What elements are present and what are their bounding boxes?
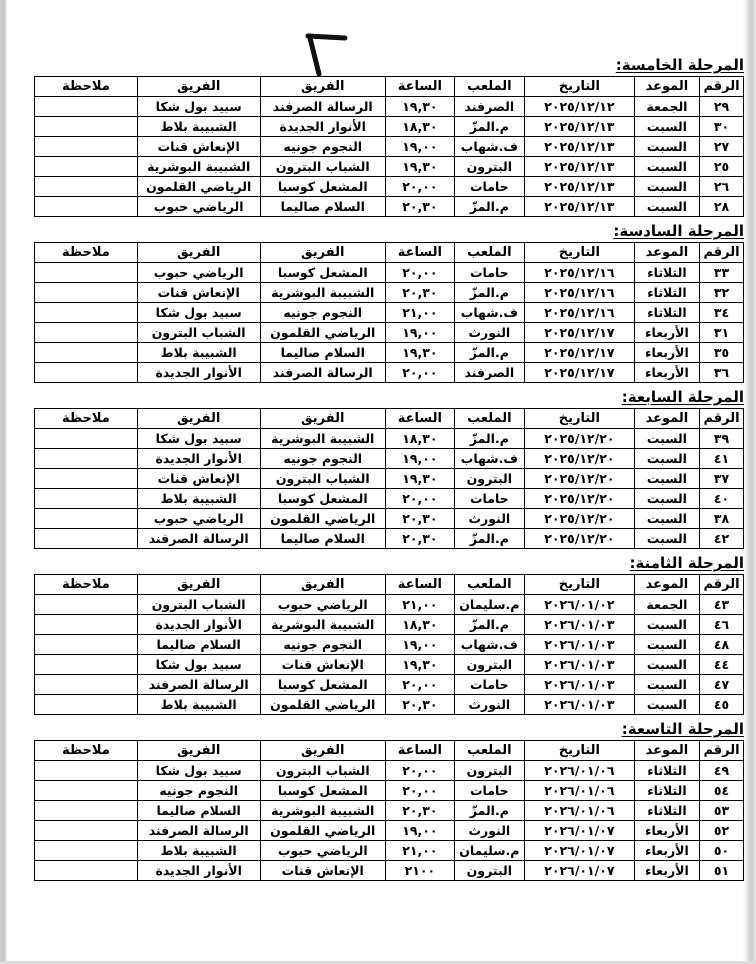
cell-time: ٢٠,٣٠ bbox=[385, 695, 454, 715]
column-header-team2: الفريق bbox=[137, 243, 260, 263]
cell-team-left: الرسالة الصرفند bbox=[137, 529, 260, 549]
cell-day: الثلاثاء bbox=[634, 263, 699, 283]
cell-match-number: ٣٣ bbox=[700, 263, 744, 283]
match-row: ٥٣الثلاثاء٢٠٢٦/٠١/٠٦م.المزّ٢٠,٣٠الشبيبة … bbox=[35, 801, 744, 821]
cell-team-right: النجوم جونيه bbox=[260, 635, 385, 655]
column-header-time: الساعة bbox=[385, 741, 454, 761]
match-row: ٣٧السبت٢٠٢٥/١٢/٢٠البترون١٩,٣٠الشباب البت… bbox=[35, 469, 744, 489]
cell-match-number: ٣٦ bbox=[700, 363, 744, 383]
cell-team-right: النجوم جونيه bbox=[260, 303, 385, 323]
cell-date: ٢٠٢٥/١٢/١٦ bbox=[524, 283, 634, 303]
cell-team-right: السلام صاليما bbox=[260, 529, 385, 549]
cell-team-left: الرياضي حبوب bbox=[137, 197, 260, 217]
match-row: ٤٥السبت٢٠٢٦/٠١/٠٣النورث٢٠,٣٠الرياضي القل… bbox=[35, 695, 744, 715]
cell-stadium: ف.شهاب bbox=[454, 137, 524, 157]
schedule-table: الرقمالموعدالتاريخالملعبالساعةالفريقالفر… bbox=[34, 408, 744, 549]
cell-match-number: ٣٥ bbox=[700, 343, 744, 363]
cell-day: السبت bbox=[634, 635, 699, 655]
cell-stadium: النورث bbox=[454, 695, 524, 715]
cell-time: ٢١,٠٠ bbox=[385, 595, 454, 615]
cell-note bbox=[35, 615, 138, 635]
cell-date: ٢٠٢٥/١٢/١٦ bbox=[524, 263, 634, 283]
cell-day: الثلاثاء bbox=[634, 283, 699, 303]
column-header-date: التاريخ bbox=[524, 741, 634, 761]
cell-team-right: الشبيبة البوشرية bbox=[260, 429, 385, 449]
match-row: ٤٩الثلاثاء٢٠٢٦/٠١/٠٦البترون٢٠,٠٠الشباب ا… bbox=[35, 761, 744, 781]
cell-date: ٢٠٢٦/٠١/٠٣ bbox=[524, 635, 634, 655]
cell-time: ٢٠,٠٠ bbox=[385, 675, 454, 695]
match-row: ٢٦السبت٢٠٢٥/١٢/١٣حامات٢٠,٠٠المشعل كوسباا… bbox=[35, 177, 744, 197]
cell-match-number: ٤٥ bbox=[700, 695, 744, 715]
cell-date: ٢٠٢٥/١٢/٢٠ bbox=[524, 529, 634, 549]
match-row: ٣٩السبت٢٠٢٥/١٢/٢٠م.المزّ١٨,٣٠الشبيبة الب… bbox=[35, 429, 744, 449]
cell-match-number: ٣٢ bbox=[700, 283, 744, 303]
cell-date: ٢٠٢٥/١٢/١٣ bbox=[524, 137, 634, 157]
schedule-table: الرقمالموعدالتاريخالملعبالساعةالفريقالفر… bbox=[34, 242, 744, 383]
cell-date: ٢٠٢٥/١٢/١٣ bbox=[524, 157, 634, 177]
cell-date: ٢٠٢٥/١٢/١٣ bbox=[524, 117, 634, 137]
cell-team-right: الرياضي حبوب bbox=[260, 595, 385, 615]
cell-time: ٢٠,٠٠ bbox=[385, 177, 454, 197]
cell-team-left: الإنعاش قنات bbox=[137, 469, 260, 489]
cell-stadium: حامات bbox=[454, 675, 524, 695]
column-header-team2: الفريق bbox=[137, 575, 260, 595]
cell-stadium: حامات bbox=[454, 177, 524, 197]
column-header-time: الساعة bbox=[385, 77, 454, 97]
cell-note bbox=[35, 675, 138, 695]
stage-title: المرحلة التاسعة: bbox=[34, 719, 744, 739]
column-header-note: ملاحظة bbox=[35, 741, 138, 761]
column-header-team1: الفريق bbox=[260, 409, 385, 429]
cell-day: الثلاثاء bbox=[634, 761, 699, 781]
column-header-venue: الملعب bbox=[454, 575, 524, 595]
cell-note bbox=[35, 655, 138, 675]
cell-team-left: سبيد بول شكا bbox=[137, 303, 260, 323]
cell-day: الثلاثاء bbox=[634, 781, 699, 801]
cell-team-right: الشباب البترون bbox=[260, 469, 385, 489]
cell-time: ١٨,٣٠ bbox=[385, 429, 454, 449]
cell-team-right: الرسالة الصرفند bbox=[260, 97, 385, 117]
cell-time: ٢٠,٠٠ bbox=[385, 761, 454, 781]
header-row: الرقمالموعدالتاريخالملعبالساعةالفريقالفر… bbox=[35, 409, 744, 429]
header-row: الرقمالموعدالتاريخالملعبالساعةالفريقالفر… bbox=[35, 77, 744, 97]
cell-day: السبت bbox=[634, 675, 699, 695]
cell-team-left: سبيد بول شكا bbox=[137, 761, 260, 781]
cell-team-left: الشبيبة بلاط bbox=[137, 489, 260, 509]
column-header-venue: الملعب bbox=[454, 741, 524, 761]
cell-time: ١٩,٣٠ bbox=[385, 97, 454, 117]
cell-note bbox=[35, 177, 138, 197]
column-header-team1: الفريق bbox=[260, 77, 385, 97]
cell-day: السبت bbox=[634, 137, 699, 157]
cell-team-left: الرياضي حبوب bbox=[137, 263, 260, 283]
cell-stadium: الصرفند bbox=[454, 97, 524, 117]
cell-stadium: النورث bbox=[454, 509, 524, 529]
cell-match-number: ٥١ bbox=[700, 861, 744, 881]
schedule-table: الرقمالموعدالتاريخالملعبالساعةالفريقالفر… bbox=[34, 76, 744, 217]
cell-team-right: المشعل كوسبا bbox=[260, 489, 385, 509]
cell-team-right: النجوم جونيه bbox=[260, 449, 385, 469]
cell-stadium: م.المزّ bbox=[454, 615, 524, 635]
cell-team-right: الرسالة الصرفند bbox=[260, 363, 385, 383]
cell-stadium: م.المزّ bbox=[454, 529, 524, 549]
cell-day: السبت bbox=[634, 509, 699, 529]
cell-team-left: الشبيبة بلاط bbox=[137, 117, 260, 137]
cell-team-left: الأنوار الجديدة bbox=[137, 363, 260, 383]
cell-note bbox=[35, 529, 138, 549]
cell-date: ٢٠٢٦/٠١/٠٣ bbox=[524, 615, 634, 635]
cell-team-left: الشباب البترون bbox=[137, 323, 260, 343]
cell-time: ٢٠,٠٠ bbox=[385, 781, 454, 801]
cell-day: الأربعاء bbox=[634, 363, 699, 383]
cell-day: السبت bbox=[634, 655, 699, 675]
cell-match-number: ٤٨ bbox=[700, 635, 744, 655]
cell-date: ٢٠٢٦/٠١/٠٣ bbox=[524, 675, 634, 695]
match-row: ٣٢الثلاثاء٢٠٢٥/١٢/١٦م.المزّ٢٠,٣٠الشبيبة … bbox=[35, 283, 744, 303]
cell-stadium: م.المزّ bbox=[454, 801, 524, 821]
cell-team-left: الأنوار الجديدة bbox=[137, 861, 260, 881]
cell-day: السبت bbox=[634, 529, 699, 549]
cell-note bbox=[35, 761, 138, 781]
cell-day: الثلاثاء bbox=[634, 801, 699, 821]
header-row: الرقمالموعدالتاريخالملعبالساعةالفريقالفر… bbox=[35, 741, 744, 761]
cell-note bbox=[35, 303, 138, 323]
cell-stadium: البترون bbox=[454, 157, 524, 177]
stage-section: المرحلة السابعة:الرقمالموعدالتاريخالملعب… bbox=[34, 387, 744, 549]
cell-team-right: الرياضي حبوب bbox=[260, 841, 385, 861]
match-row: ٤٠السبت٢٠٢٥/١٢/٢٠حامات٢٠,٠٠المشعل كوسباا… bbox=[35, 489, 744, 509]
cell-team-left: الأنوار الجديدة bbox=[137, 615, 260, 635]
column-header-date: التاريخ bbox=[524, 243, 634, 263]
cell-time: ١٩,٠٠ bbox=[385, 821, 454, 841]
cell-note bbox=[35, 821, 138, 841]
cell-note bbox=[35, 469, 138, 489]
cell-team-left: الشبيبة بلاط bbox=[137, 695, 260, 715]
cell-date: ٢٠٢٦/٠١/٠٧ bbox=[524, 861, 634, 881]
cell-stadium: م.المزّ bbox=[454, 197, 524, 217]
cell-stadium: ف.شهاب bbox=[454, 635, 524, 655]
cell-date: ٢٠٢٥/١٢/٢٠ bbox=[524, 449, 634, 469]
cell-day: السبت bbox=[634, 157, 699, 177]
cell-match-number: ٤٦ bbox=[700, 615, 744, 635]
cell-stadium: البترون bbox=[454, 469, 524, 489]
cell-note bbox=[35, 635, 138, 655]
cell-stadium: م.المزّ bbox=[454, 117, 524, 137]
cell-team-right: الأنوار الجديدة bbox=[260, 117, 385, 137]
stage-section: المرحلة الخامسة:الرقمالموعدالتاريخالملعب… bbox=[34, 55, 744, 217]
column-header-num: الرقم bbox=[700, 575, 744, 595]
cell-time: ١٨,٣٠ bbox=[385, 615, 454, 635]
column-header-team2: الفريق bbox=[137, 409, 260, 429]
cell-team-left: الشباب البترون bbox=[137, 595, 260, 615]
cell-note bbox=[35, 595, 138, 615]
cell-team-right: المشعل كوسبا bbox=[260, 675, 385, 695]
match-row: ٥٤الثلاثاء٢٠٢٦/٠١/٠٦حامات٢٠,٠٠المشعل كوس… bbox=[35, 781, 744, 801]
cell-match-number: ٤٤ bbox=[700, 655, 744, 675]
cell-date: ٢٠٢٦/٠١/٠٢ bbox=[524, 595, 634, 615]
match-row: ٣٨السبت٢٠٢٥/١٢/٢٠النورث٢٠,٣٠الرياضي القل… bbox=[35, 509, 744, 529]
column-header-time: الساعة bbox=[385, 243, 454, 263]
match-row: ٤١السبت٢٠٢٥/١٢/٢٠ف.شهاب١٩,٠٠النجوم جونيه… bbox=[35, 449, 744, 469]
cell-stadium: البترون bbox=[454, 655, 524, 675]
match-row: ٣٤الثلاثاء٢٠٢٥/١٢/١٦ف.شهاب٢١,٠٠النجوم جو… bbox=[35, 303, 744, 323]
cell-match-number: ٢٥ bbox=[700, 157, 744, 177]
column-header-day: الموعد bbox=[634, 409, 699, 429]
match-row: ٥١الأربعاء٢٠٢٦/٠١/٠٧البترون٢١٠٠الإنعاش ق… bbox=[35, 861, 744, 881]
cell-note bbox=[35, 801, 138, 821]
cell-note bbox=[35, 449, 138, 469]
cell-date: ٢٠٢٥/١٢/٢٠ bbox=[524, 509, 634, 529]
cell-note bbox=[35, 283, 138, 303]
cell-match-number: ٥٠ bbox=[700, 841, 744, 861]
cell-date: ٢٠٢٥/١٢/١٣ bbox=[524, 197, 634, 217]
cell-date: ٢٠٢٥/١٢/١٣ bbox=[524, 177, 634, 197]
cell-note bbox=[35, 861, 138, 881]
photo-edge-right bbox=[743, 0, 756, 964]
match-row: ٣٥الأربعاء٢٠٢٥/١٢/١٧م.المزّ١٩,٣٠السلام ص… bbox=[35, 343, 744, 363]
cell-note bbox=[35, 343, 138, 363]
cell-day: الجمعة bbox=[634, 97, 699, 117]
column-header-venue: الملعب bbox=[454, 409, 524, 429]
cell-day: الأربعاء bbox=[634, 343, 699, 363]
cell-stadium: البترون bbox=[454, 861, 524, 881]
cell-day: السبت bbox=[634, 615, 699, 635]
cell-match-number: ٥٢ bbox=[700, 821, 744, 841]
match-row: ٢٧السبت٢٠٢٥/١٢/١٣ف.شهاب١٩,٠٠النجوم جونيه… bbox=[35, 137, 744, 157]
cell-note bbox=[35, 489, 138, 509]
cell-stadium: م.سليمان bbox=[454, 595, 524, 615]
cell-stadium: م.المزّ bbox=[454, 343, 524, 363]
cell-date: ٢٠٢٥/١٢/١٧ bbox=[524, 363, 634, 383]
cell-team-right: الرياضي القلمون bbox=[260, 695, 385, 715]
cell-note bbox=[35, 197, 138, 217]
cell-note bbox=[35, 509, 138, 529]
stage-title: المرحلة السابعة: bbox=[34, 387, 744, 407]
cell-time: ٢٠,٣٠ bbox=[385, 529, 454, 549]
cell-time: ٢٠,٣٠ bbox=[385, 197, 454, 217]
cell-match-number: ٣٤ bbox=[700, 303, 744, 323]
column-header-day: الموعد bbox=[634, 741, 699, 761]
column-header-team1: الفريق bbox=[260, 741, 385, 761]
cell-day: السبت bbox=[634, 177, 699, 197]
cell-time: ١٩,٠٠ bbox=[385, 635, 454, 655]
cell-time: ٢١٠٠ bbox=[385, 861, 454, 881]
header-row: الرقمالموعدالتاريخالملعبالساعةالفريقالفر… bbox=[35, 243, 744, 263]
cell-note bbox=[35, 263, 138, 283]
column-header-date: التاريخ bbox=[524, 77, 634, 97]
cell-stadium: حامات bbox=[454, 489, 524, 509]
match-row: ٥٢الأربعاء٢٠٢٦/٠١/٠٧النورث١٩,٠٠الرياضي ا… bbox=[35, 821, 744, 841]
cell-day: الثلاثاء bbox=[634, 303, 699, 323]
cell-match-number: ٤٢ bbox=[700, 529, 744, 549]
cell-time: ١٩,٣٠ bbox=[385, 469, 454, 489]
cell-match-number: ٣٨ bbox=[700, 509, 744, 529]
column-header-time: الساعة bbox=[385, 575, 454, 595]
cell-match-number: ٣٧ bbox=[700, 469, 744, 489]
cell-team-right: الشبيبة البوشرية bbox=[260, 615, 385, 635]
cell-team-left: الرسالة الصرفند bbox=[137, 675, 260, 695]
cell-team-right: الرياضي القلمون bbox=[260, 821, 385, 841]
column-header-day: الموعد bbox=[634, 575, 699, 595]
cell-stadium: م.سليمان bbox=[454, 841, 524, 861]
cell-time: ١٩,٣٠ bbox=[385, 655, 454, 675]
cell-match-number: ٤٧ bbox=[700, 675, 744, 695]
cell-stadium: ف.شهاب bbox=[454, 303, 524, 323]
cell-date: ٢٠٢٥/١٢/١٦ bbox=[524, 303, 634, 323]
cell-team-left: الإنعاش قنات bbox=[137, 137, 260, 157]
cell-time: ١٩,٠٠ bbox=[385, 449, 454, 469]
cell-time: ١٩,٠٠ bbox=[385, 323, 454, 343]
cell-note bbox=[35, 841, 138, 861]
cell-match-number: ٣١ bbox=[700, 323, 744, 343]
column-header-team1: الفريق bbox=[260, 243, 385, 263]
cell-date: ٢٠٢٦/٠١/٠٦ bbox=[524, 781, 634, 801]
cell-day: السبت bbox=[634, 429, 699, 449]
cell-stadium: حامات bbox=[454, 263, 524, 283]
cell-time: ١٨,٣٠ bbox=[385, 117, 454, 137]
cell-team-right: الإنعاش قنات bbox=[260, 861, 385, 881]
column-header-day: الموعد bbox=[634, 243, 699, 263]
cell-day: الأربعاء bbox=[634, 861, 699, 881]
cell-date: ٢٠٢٦/٠١/٠٦ bbox=[524, 801, 634, 821]
match-row: ٣٠السبت٢٠٢٥/١٢/١٣م.المزّ١٨,٣٠الأنوار الج… bbox=[35, 117, 744, 137]
stage-title: المرحلة الثامنة: bbox=[34, 553, 744, 573]
cell-day: السبت bbox=[634, 469, 699, 489]
cell-team-left: الأنوار الجديدة bbox=[137, 449, 260, 469]
cell-team-left: النجوم جونيه bbox=[137, 781, 260, 801]
header-row: الرقمالموعدالتاريخالملعبالساعةالفريقالفر… bbox=[35, 575, 744, 595]
cell-note bbox=[35, 117, 138, 137]
match-row: ٣١الأربعاء٢٠٢٥/١٢/١٧النورث١٩,٠٠الرياضي ا… bbox=[35, 323, 744, 343]
column-header-venue: الملعب bbox=[454, 243, 524, 263]
cell-note bbox=[35, 97, 138, 117]
cell-team-right: المشعل كوسبا bbox=[260, 781, 385, 801]
cell-match-number: ٢٩ bbox=[700, 97, 744, 117]
cell-team-right: الرياضي القلمون bbox=[260, 323, 385, 343]
cell-stadium: النورث bbox=[454, 821, 524, 841]
column-header-venue: الملعب bbox=[454, 77, 524, 97]
cell-team-left: الشبيبة بلاط bbox=[137, 841, 260, 861]
cell-team-left: السلام صاليما bbox=[137, 801, 260, 821]
stage-section: المرحلة الثامنة:الرقمالموعدالتاريخالملعب… bbox=[34, 553, 744, 715]
cell-time: ٢٠,٣٠ bbox=[385, 509, 454, 529]
cell-time: ١٩,٣٠ bbox=[385, 157, 454, 177]
cell-match-number: ٣٠ bbox=[700, 117, 744, 137]
cell-team-left: الشبيبة البوشرية bbox=[137, 157, 260, 177]
cell-team-right: السلام صاليما bbox=[260, 343, 385, 363]
column-header-num: الرقم bbox=[700, 243, 744, 263]
cell-match-number: ٤٠ bbox=[700, 489, 744, 509]
column-header-date: التاريخ bbox=[524, 409, 634, 429]
cell-team-left: سبيد بول شكا bbox=[137, 429, 260, 449]
match-row: ٢٥السبت٢٠٢٥/١٢/١٣البترون١٩,٣٠الشباب البت… bbox=[35, 157, 744, 177]
cell-team-right: النجوم جونيه bbox=[260, 137, 385, 157]
cell-stadium: م.المزّ bbox=[454, 429, 524, 449]
cell-match-number: ٢٧ bbox=[700, 137, 744, 157]
cell-date: ٢٠٢٦/٠١/٠٧ bbox=[524, 841, 634, 861]
match-row: ٤٤السبت٢٠٢٦/٠١/٠٣البترون١٩,٣٠الإنعاش قنا… bbox=[35, 655, 744, 675]
match-row: ٢٨السبت٢٠٢٥/١٢/١٣م.المزّ٢٠,٣٠السلام صالي… bbox=[35, 197, 744, 217]
column-header-num: الرقم bbox=[700, 741, 744, 761]
match-row: ٤٢السبت٢٠٢٥/١٢/٢٠م.المزّ٢٠,٣٠السلام صالي… bbox=[35, 529, 744, 549]
cell-note bbox=[35, 695, 138, 715]
stage-section: المرحلة السادسة:الرقمالموعدالتاريخالملعب… bbox=[34, 221, 744, 383]
scanned-schedule-page: المرحلة الخامسة:الرقمالموعدالتاريخالملعب… bbox=[0, 0, 756, 964]
match-row: ٤٨السبت٢٠٢٦/٠١/٠٣ف.شهاب١٩,٠٠النجوم جونيه… bbox=[35, 635, 744, 655]
cell-note bbox=[35, 781, 138, 801]
column-header-time: الساعة bbox=[385, 409, 454, 429]
cell-time: ٢٠,٣٠ bbox=[385, 283, 454, 303]
cell-team-right: السلام صاليما bbox=[260, 197, 385, 217]
cell-match-number: ٢٨ bbox=[700, 197, 744, 217]
cell-match-number: ٥٤ bbox=[700, 781, 744, 801]
column-header-note: ملاحظة bbox=[35, 243, 138, 263]
cell-note bbox=[35, 363, 138, 383]
cell-day: السبت bbox=[634, 489, 699, 509]
cell-team-left: السلام صاليما bbox=[137, 635, 260, 655]
cell-date: ٢٠٢٦/٠١/٠٦ bbox=[524, 761, 634, 781]
cell-time: ٢٠,٠٠ bbox=[385, 263, 454, 283]
cell-stadium: النورث bbox=[454, 323, 524, 343]
cell-note bbox=[35, 323, 138, 343]
cell-date: ٢٠٢٦/٠١/٠٣ bbox=[524, 655, 634, 675]
cell-day: الأربعاء bbox=[634, 323, 699, 343]
cell-day: الأربعاء bbox=[634, 841, 699, 861]
cell-team-left: سبيد بول شكا bbox=[137, 97, 260, 117]
cell-stadium: البترون bbox=[454, 761, 524, 781]
cell-match-number: ٤٩ bbox=[700, 761, 744, 781]
cell-date: ٢٠٢٥/١٢/٢٠ bbox=[524, 489, 634, 509]
schedule-content: المرحلة الخامسة:الرقمالموعدالتاريخالملعب… bbox=[34, 55, 744, 885]
cell-date: ٢٠٢٥/١٢/١٧ bbox=[524, 343, 634, 363]
cell-time: ٢١,٠٠ bbox=[385, 303, 454, 323]
cell-time: ١٩,٠٠ bbox=[385, 137, 454, 157]
cell-team-left: الشبيبة بلاط bbox=[137, 343, 260, 363]
cell-time: ٢١,٠٠ bbox=[385, 841, 454, 861]
cell-day: السبت bbox=[634, 197, 699, 217]
cell-time: ٢٠,٠٠ bbox=[385, 363, 454, 383]
cell-team-left: الرياضي حبوب bbox=[137, 509, 260, 529]
cell-note bbox=[35, 429, 138, 449]
cell-team-right: الشبيبة البوشرية bbox=[260, 801, 385, 821]
match-row: ٣٣الثلاثاء٢٠٢٥/١٢/١٦حامات٢٠,٠٠المشعل كوس… bbox=[35, 263, 744, 283]
match-row: ٣٦الأربعاء٢٠٢٥/١٢/١٧الصرفند٢٠,٠٠الرسالة … bbox=[35, 363, 744, 383]
cell-date: ٢٠٢٥/١٢/٢٠ bbox=[524, 429, 634, 449]
cell-team-right: المشعل كوسبا bbox=[260, 177, 385, 197]
cell-stadium: ف.شهاب bbox=[454, 449, 524, 469]
match-row: ٥٠الأربعاء٢٠٢٦/٠١/٠٧م.سليمان٢١,٠٠الرياضي… bbox=[35, 841, 744, 861]
column-header-num: الرقم bbox=[700, 77, 744, 97]
stage-section: المرحلة التاسعة:الرقمالموعدالتاريخالملعب… bbox=[34, 719, 744, 881]
photo-edge-left bbox=[0, 0, 8, 964]
column-header-note: ملاحظة bbox=[35, 409, 138, 429]
cell-team-right: المشعل كوسبا bbox=[260, 263, 385, 283]
cell-match-number: ٥٣ bbox=[700, 801, 744, 821]
column-header-num: الرقم bbox=[700, 409, 744, 429]
column-header-team1: الفريق bbox=[260, 575, 385, 595]
cell-team-right: الشباب البترون bbox=[260, 157, 385, 177]
cell-day: السبت bbox=[634, 695, 699, 715]
column-header-date: التاريخ bbox=[524, 575, 634, 595]
cell-team-right: الرياضي القلمون bbox=[260, 509, 385, 529]
match-row: ٢٩الجمعة٢٠٢٥/١٢/١٢الصرفند١٩,٣٠الرسالة ال… bbox=[35, 97, 744, 117]
cell-match-number: ٢٦ bbox=[700, 177, 744, 197]
cell-team-left: الرسالة الصرفند bbox=[137, 821, 260, 841]
cell-date: ٢٠٢٥/١٢/١٧ bbox=[524, 323, 634, 343]
cell-team-right: الشباب البترون bbox=[260, 761, 385, 781]
cell-team-right: الشبيبة البوشرية bbox=[260, 283, 385, 303]
cell-day: الأربعاء bbox=[634, 821, 699, 841]
